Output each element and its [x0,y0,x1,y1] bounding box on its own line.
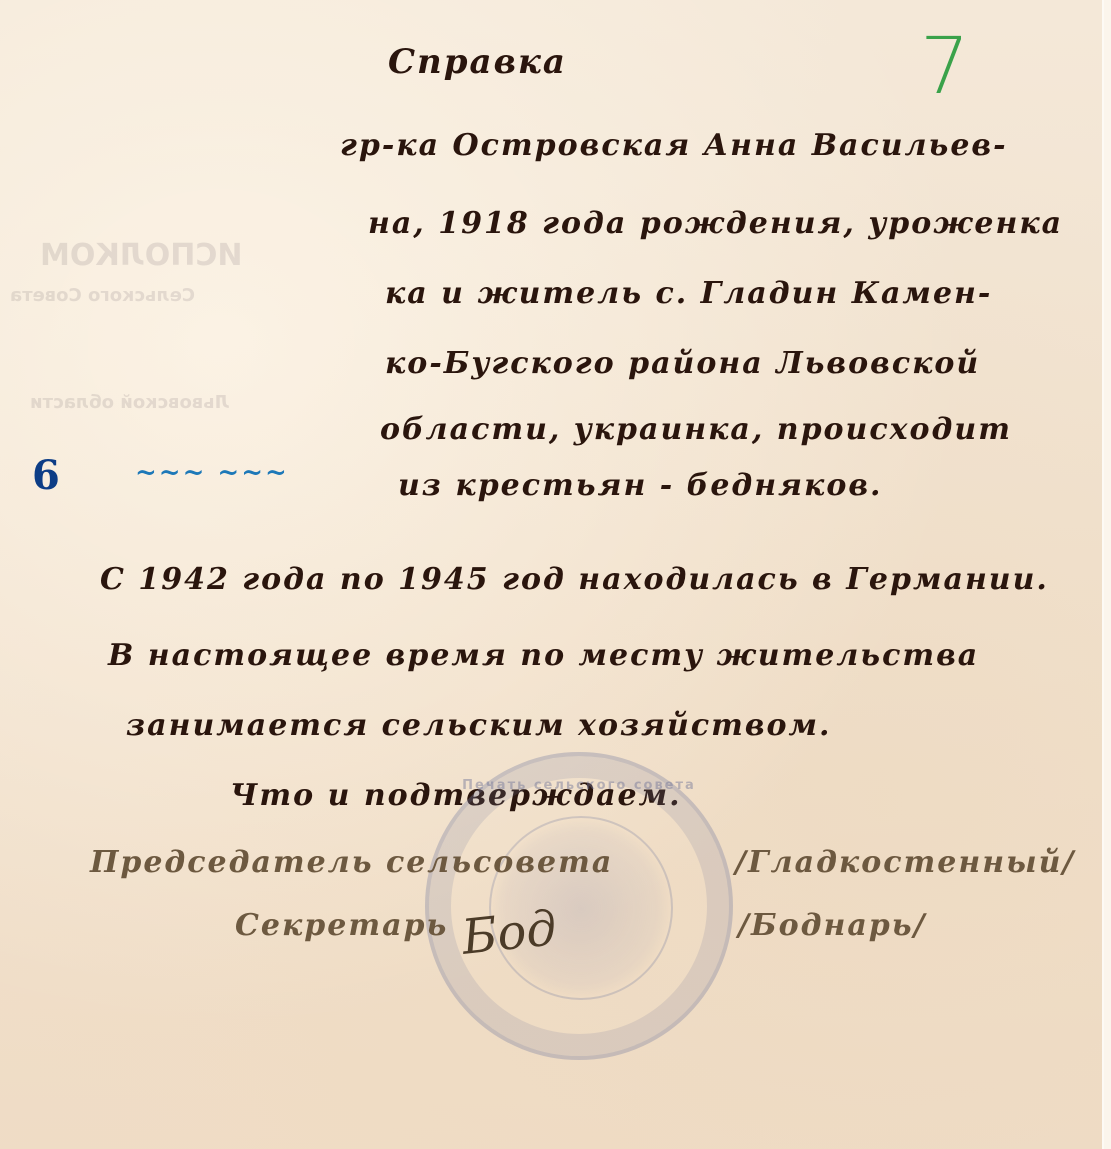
margin-note-number: 6 [32,452,62,499]
stamp-text: Печать сельского совета [429,778,729,793]
body-line: из крестьян - бедняков. [398,468,882,503]
document-title: Справка [388,42,567,82]
secretary-signature: Бод [459,900,559,966]
bleed-through-line: Сельского Совета [10,285,195,306]
paragraph-line: В настоящее время по месту жительства [108,638,979,673]
body-line: ка и житель с. Гладин Камен- [385,276,992,311]
body-line: на, 1918 года рождения, уроженка [368,206,1063,241]
bleed-through-line: Львовской области [30,392,230,413]
bleed-through-header: ИСПОЛКОМ [40,238,243,273]
official-stamp: Печать сельского совета [425,752,733,1060]
chairman-name: /Гладкостенный/ [735,845,1075,880]
body-line: гр-ка Островская Анна Васильев- [340,128,1008,163]
document-page: ИСПОЛКОМ Сельского Совета Львовской обла… [0,0,1104,1149]
secretary-name: /Боднарь/ [738,908,927,943]
paragraph-line: занимается сельским хозяйством. [126,708,832,743]
chairman-role: Председатель сельсовета [90,845,613,880]
margin-note-text: ~~~ ~~~ [135,458,289,488]
body-line: ко-Бугского района Львовской [385,346,980,381]
folio-number: 7 [920,22,972,112]
secretary-role: Секретарь [235,908,448,943]
body-line: области, украинка, происходит [380,412,1012,447]
paragraph-line: С 1942 года по 1945 год находилась в Гер… [100,562,1049,597]
